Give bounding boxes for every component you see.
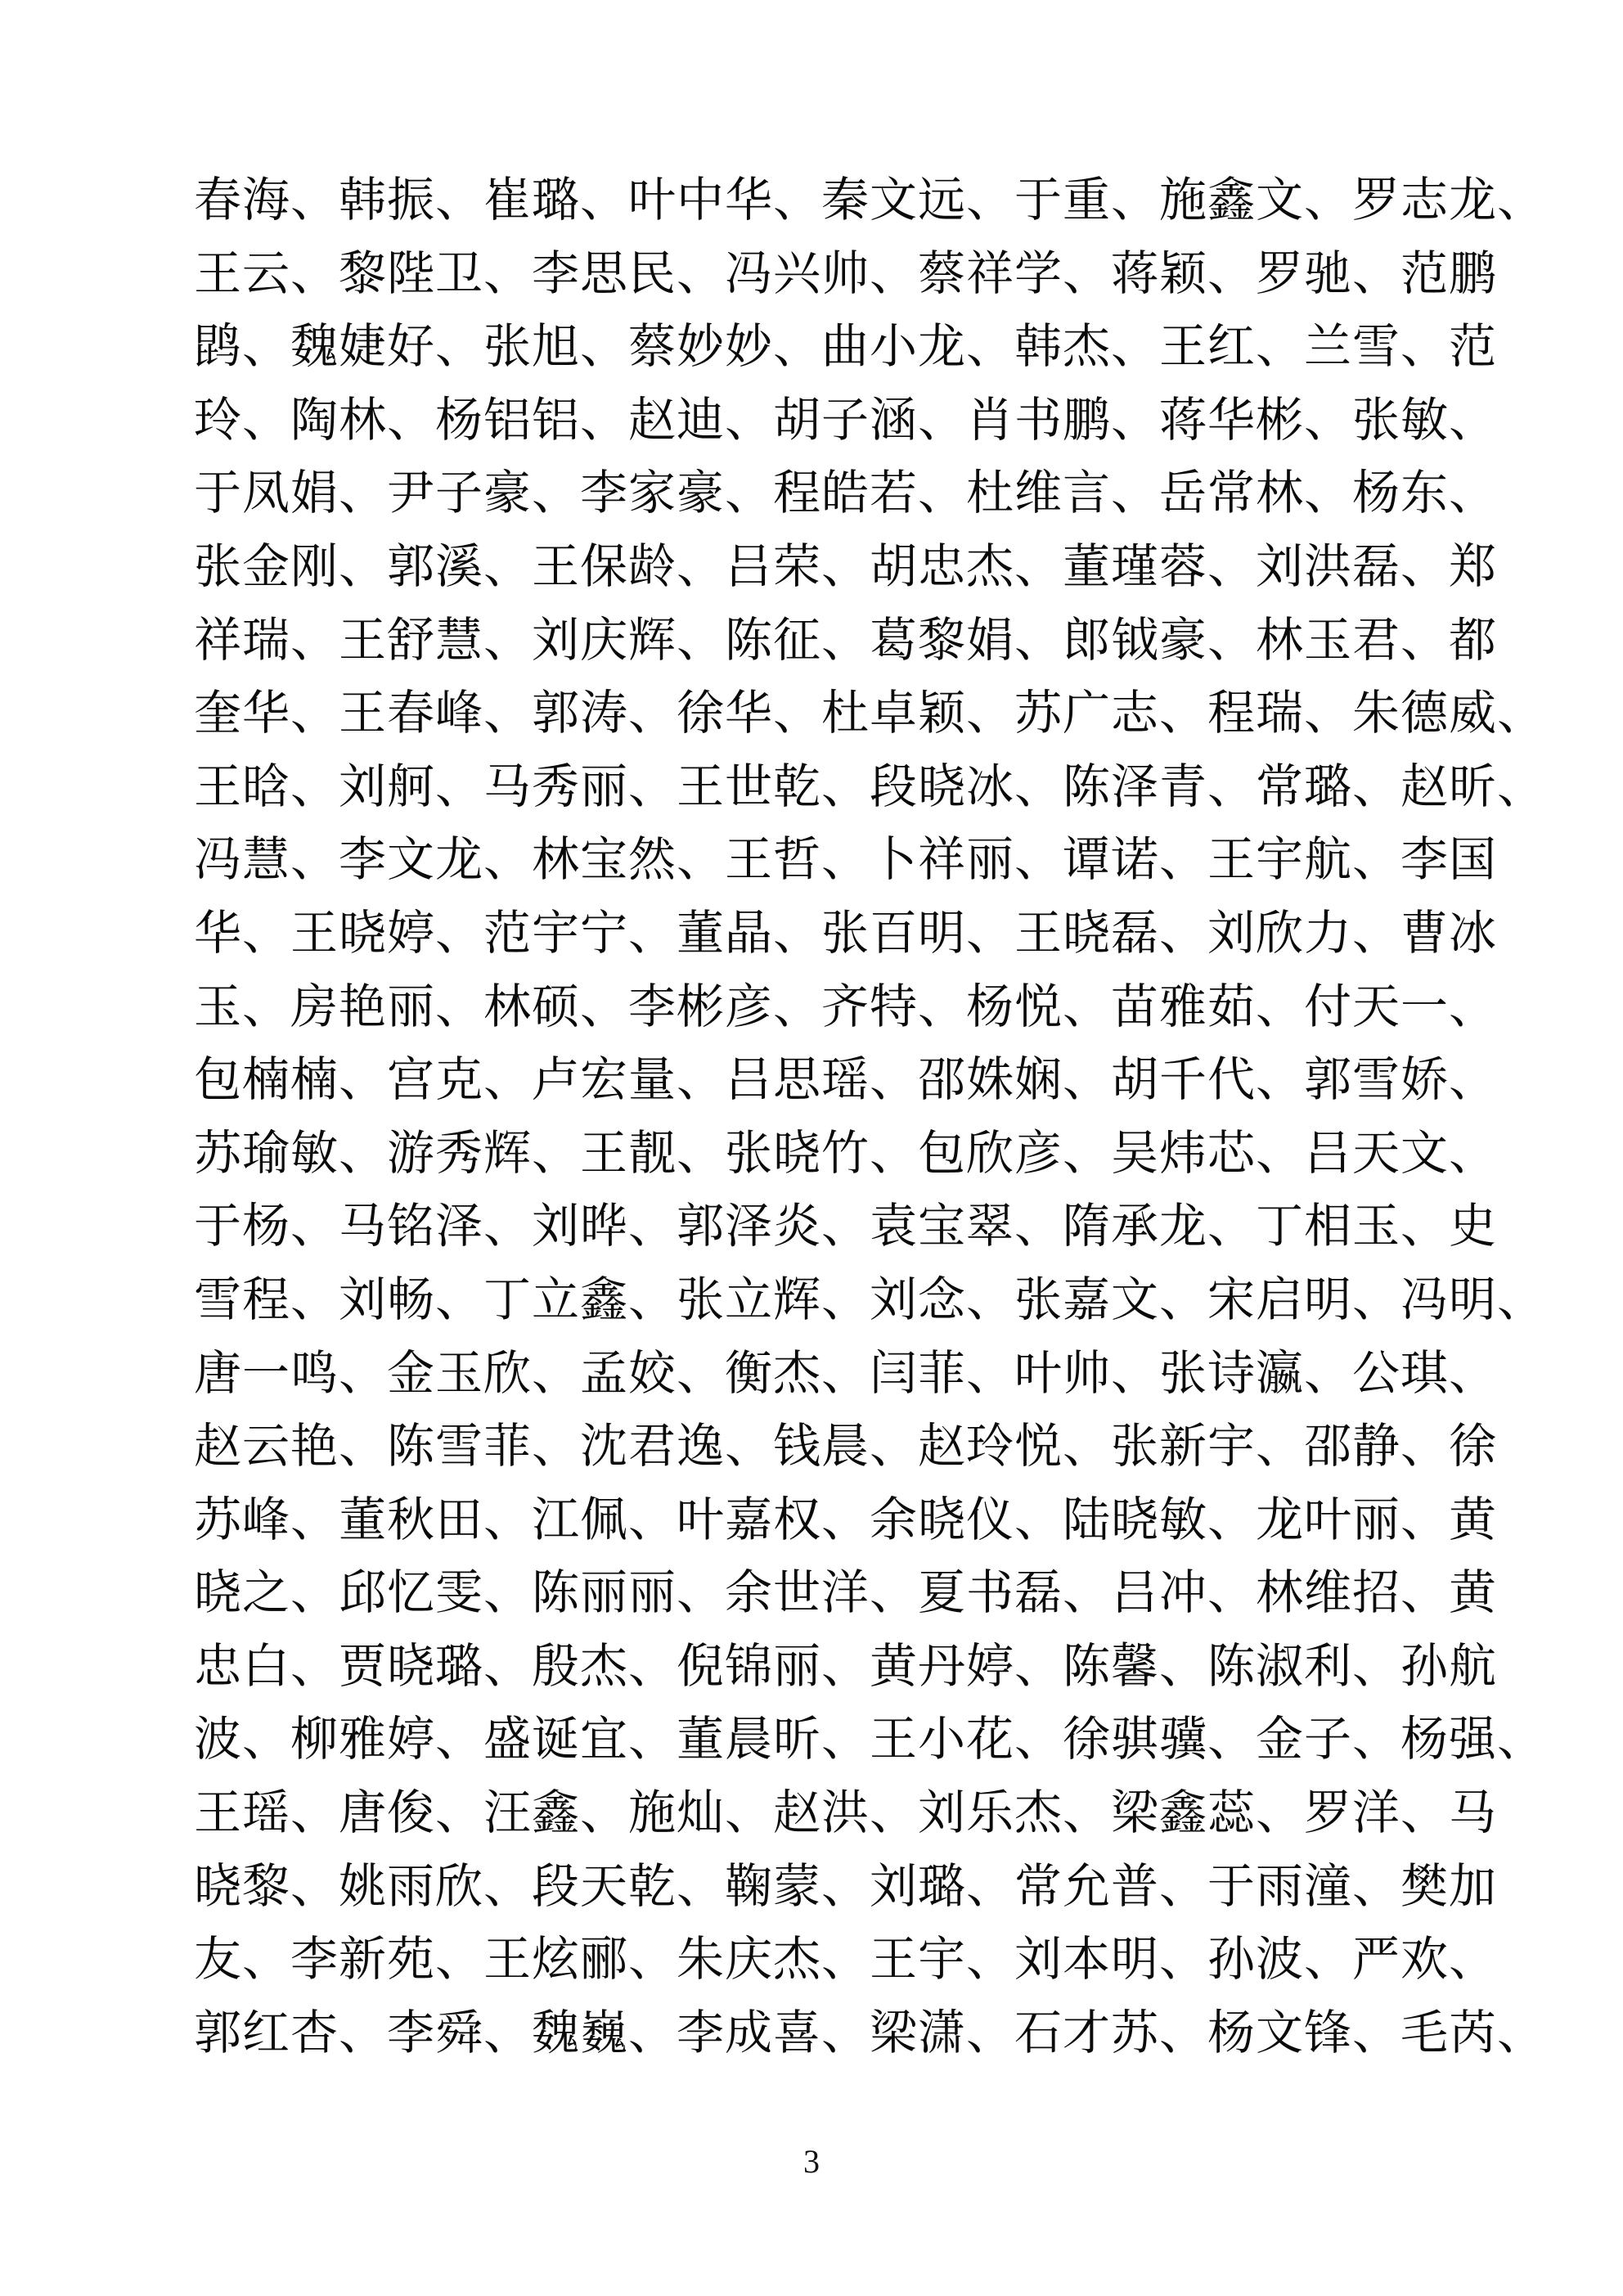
text-line: 春海、韩振、崔璐、叶中华、秦文远、于重、施鑫文、罗志龙、: [194, 164, 1431, 237]
text-line: 祥瑞、王舒慧、刘庆辉、陈征、葛黎娟、郎钺豪、林玉君、都: [194, 604, 1431, 678]
page-footer: 3: [0, 2142, 1623, 2181]
text-line: 王瑶、唐俊、汪鑫、施灿、赵洪、刘乐杰、梁鑫蕊、罗洋、马: [194, 1776, 1431, 1850]
text-line: 赵云艳、陈雪菲、沈君逸、钱晨、赵玲悦、张新宇、邵静、徐: [194, 1410, 1431, 1483]
text-line: 王云、黎陛卫、李思民、冯兴帅、蔡祥学、蒋颖、罗驰、范鹏: [194, 237, 1431, 311]
text-line: 晓之、邱忆雯、陈丽丽、余世洋、夏书磊、吕冲、林维招、黄: [194, 1556, 1431, 1630]
text-line: 包楠楠、宫克、卢宏量、吕思瑶、邵姝娴、胡千代、郭雪娇、: [194, 1043, 1431, 1117]
text-line: 王晗、刘舸、马秀丽、王世乾、段晓冰、陈泽青、常璐、赵昕、: [194, 750, 1431, 824]
text-line: 张金刚、郭溪、王保龄、吕荣、胡忠杰、董瑾蓉、刘洪磊、郑: [194, 530, 1431, 604]
name-list-paragraph: 春海、韩振、崔璐、叶中华、秦文远、于重、施鑫文、罗志龙、 王云、黎陛卫、李思民、…: [194, 164, 1431, 2069]
text-line: 冯慧、李文龙、林宝然、王哲、卜祥丽、谭诺、王宇航、李国: [194, 823, 1431, 897]
text-line: 雪程、刘畅、丁立鑫、张立辉、刘念、张嘉文、宋启明、冯明、: [194, 1263, 1431, 1337]
text-line: 华、王晓婷、范宇宁、董晶、张百明、王晓磊、刘欣力、曹冰: [194, 897, 1431, 970]
text-line: 郭红杏、李舜、魏巍、李成喜、梁潇、石才苏、杨文锋、毛芮、: [194, 1997, 1431, 2070]
text-line: 忠白、贾晓璐、殷杰、倪锦丽、黄丹婷、陈馨、陈淑利、孙航: [194, 1630, 1431, 1704]
text-line: 苏瑜敏、游秀辉、王靓、张晓竹、包欣彦、吴炜芯、吕天文、: [194, 1117, 1431, 1191]
text-line: 玉、房艳丽、林硕、李彬彦、齐特、杨悦、苗雅茹、付天一、: [194, 970, 1431, 1044]
page-number: 3: [803, 2143, 820, 2180]
text-line: 唐一鸣、金玉欣、孟姣、衡杰、闫菲、叶帅、张诗瀛、公琪、: [194, 1337, 1431, 1411]
text-line: 鹍、魏婕好、张旭、蔡妙妙、曲小龙、韩杰、王红、兰雪、范: [194, 310, 1431, 384]
document-page: 春海、韩振、崔璐、叶中华、秦文远、于重、施鑫文、罗志龙、 王云、黎陛卫、李思民、…: [0, 0, 1623, 2296]
text-line: 友、李新苑、王炫郦、朱庆杰、王宇、刘本明、孙波、严欢、: [194, 1923, 1431, 1997]
text-line: 于杨、马铭泽、刘晔、郭泽炎、袁宝翠、隋承龙、丁相玉、史: [194, 1190, 1431, 1263]
text-line: 奎华、王春峰、郭涛、徐华、杜卓颖、苏广志、程瑞、朱德威、: [194, 677, 1431, 750]
text-line: 晓黎、姚雨欣、段天乾、鞠蒙、刘璐、常允普、于雨潼、樊加: [194, 1850, 1431, 1924]
text-line: 苏峰、董秋田、江佩、叶嘉权、余晓仪、陆晓敏、龙叶丽、黄: [194, 1483, 1431, 1557]
text-line: 于凤娟、尹子豪、李家豪、程皓若、杜维言、岳常林、杨东、: [194, 457, 1431, 530]
text-line: 玲、陶林、杨铝铝、赵迪、胡子涵、肖书鹏、蒋华彬、张敏、: [194, 384, 1431, 457]
text-line: 波、柳雅婷、盛诞宜、董晨昕、王小花、徐骐骥、金子、杨强、: [194, 1703, 1431, 1776]
